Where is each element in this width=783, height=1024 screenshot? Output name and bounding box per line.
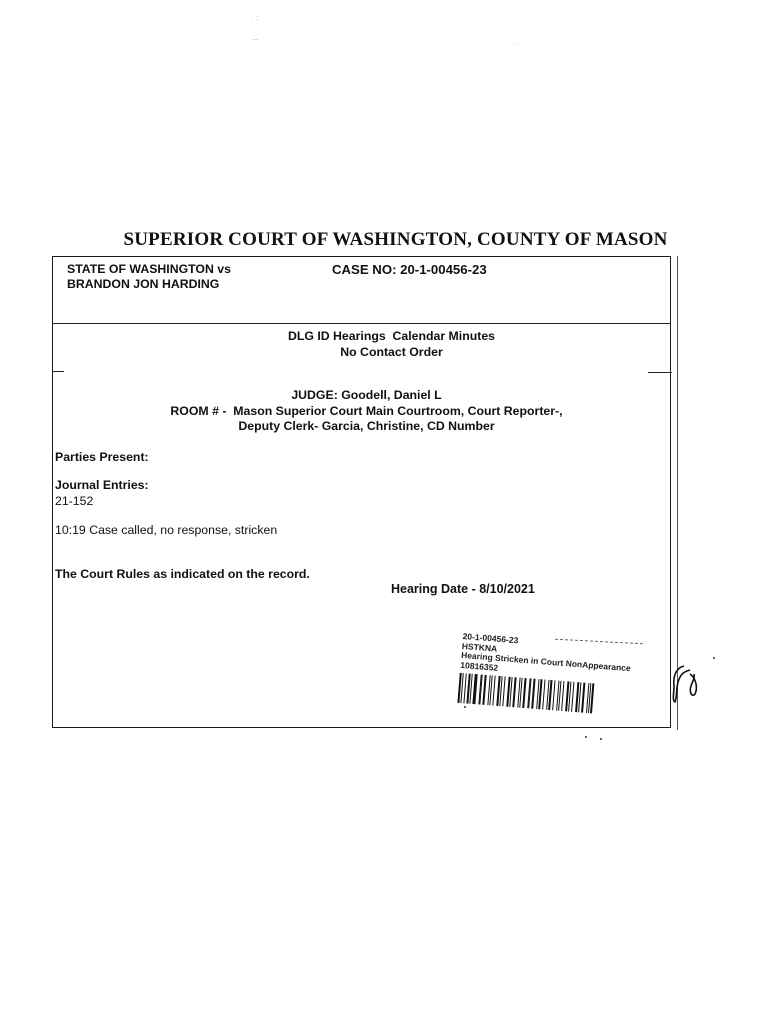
scan-artifact [713,657,715,659]
scan-artifact: ·˙ : [250,15,259,22]
scan-artifact: . · [515,40,521,47]
court-title: SUPERIOR COURT OF WASHINGTON, COUNTY OF … [0,229,783,251]
scan-artifact [585,736,587,738]
scan-artifact [464,706,466,708]
case-parties: STATE OF WASHINGTON vs BRANDON JON HARDI… [67,262,231,292]
case-number: CASE NO: 20-1-00456-23 [332,262,487,277]
calendar-title: DLG ID Hearings Calendar Minutes [112,329,671,345]
journal-entry: 10:19 Case called, no response, stricken [55,523,277,537]
scan-artifact [600,738,602,740]
courtroom: ROOM # - Mason Superior Court Main Court… [62,404,671,420]
order-type: No Contact Order [112,345,671,361]
hearing-date: Hearing Date - 8/10/2021 [391,582,535,596]
header-divider [52,323,671,324]
margin-tick-left [52,371,64,372]
parties-present-label: Parties Present: [55,450,149,464]
handwritten-page-number [668,662,708,706]
minutes-heading: DLG ID Hearings Calendar Minutes No Cont… [52,329,671,360]
plaintiff: STATE OF WASHINGTON vs [67,262,231,277]
clerk-stamp: 20-1-00456-23 HSTKNA Hearing Stricken in… [457,632,612,715]
journal-number: 21-152 [55,494,93,508]
deputy-clerk: Deputy Clerk- Garcia, Christine, CD Numb… [62,419,671,435]
margin-tick-right [648,372,672,373]
court-rules-statement: The Court Rules as indicated on the reco… [55,567,310,581]
journal-entries-label: Journal Entries: [55,478,149,492]
defendant: BRANDON JON HARDING [67,277,231,292]
judge-name: JUDGE: Goodell, Daniel L [62,388,671,404]
frame-outer-border [677,256,678,730]
scan-artifact: ⌒ [252,38,259,48]
judge-info: JUDGE: Goodell, Daniel L ROOM # - Mason … [52,388,671,435]
